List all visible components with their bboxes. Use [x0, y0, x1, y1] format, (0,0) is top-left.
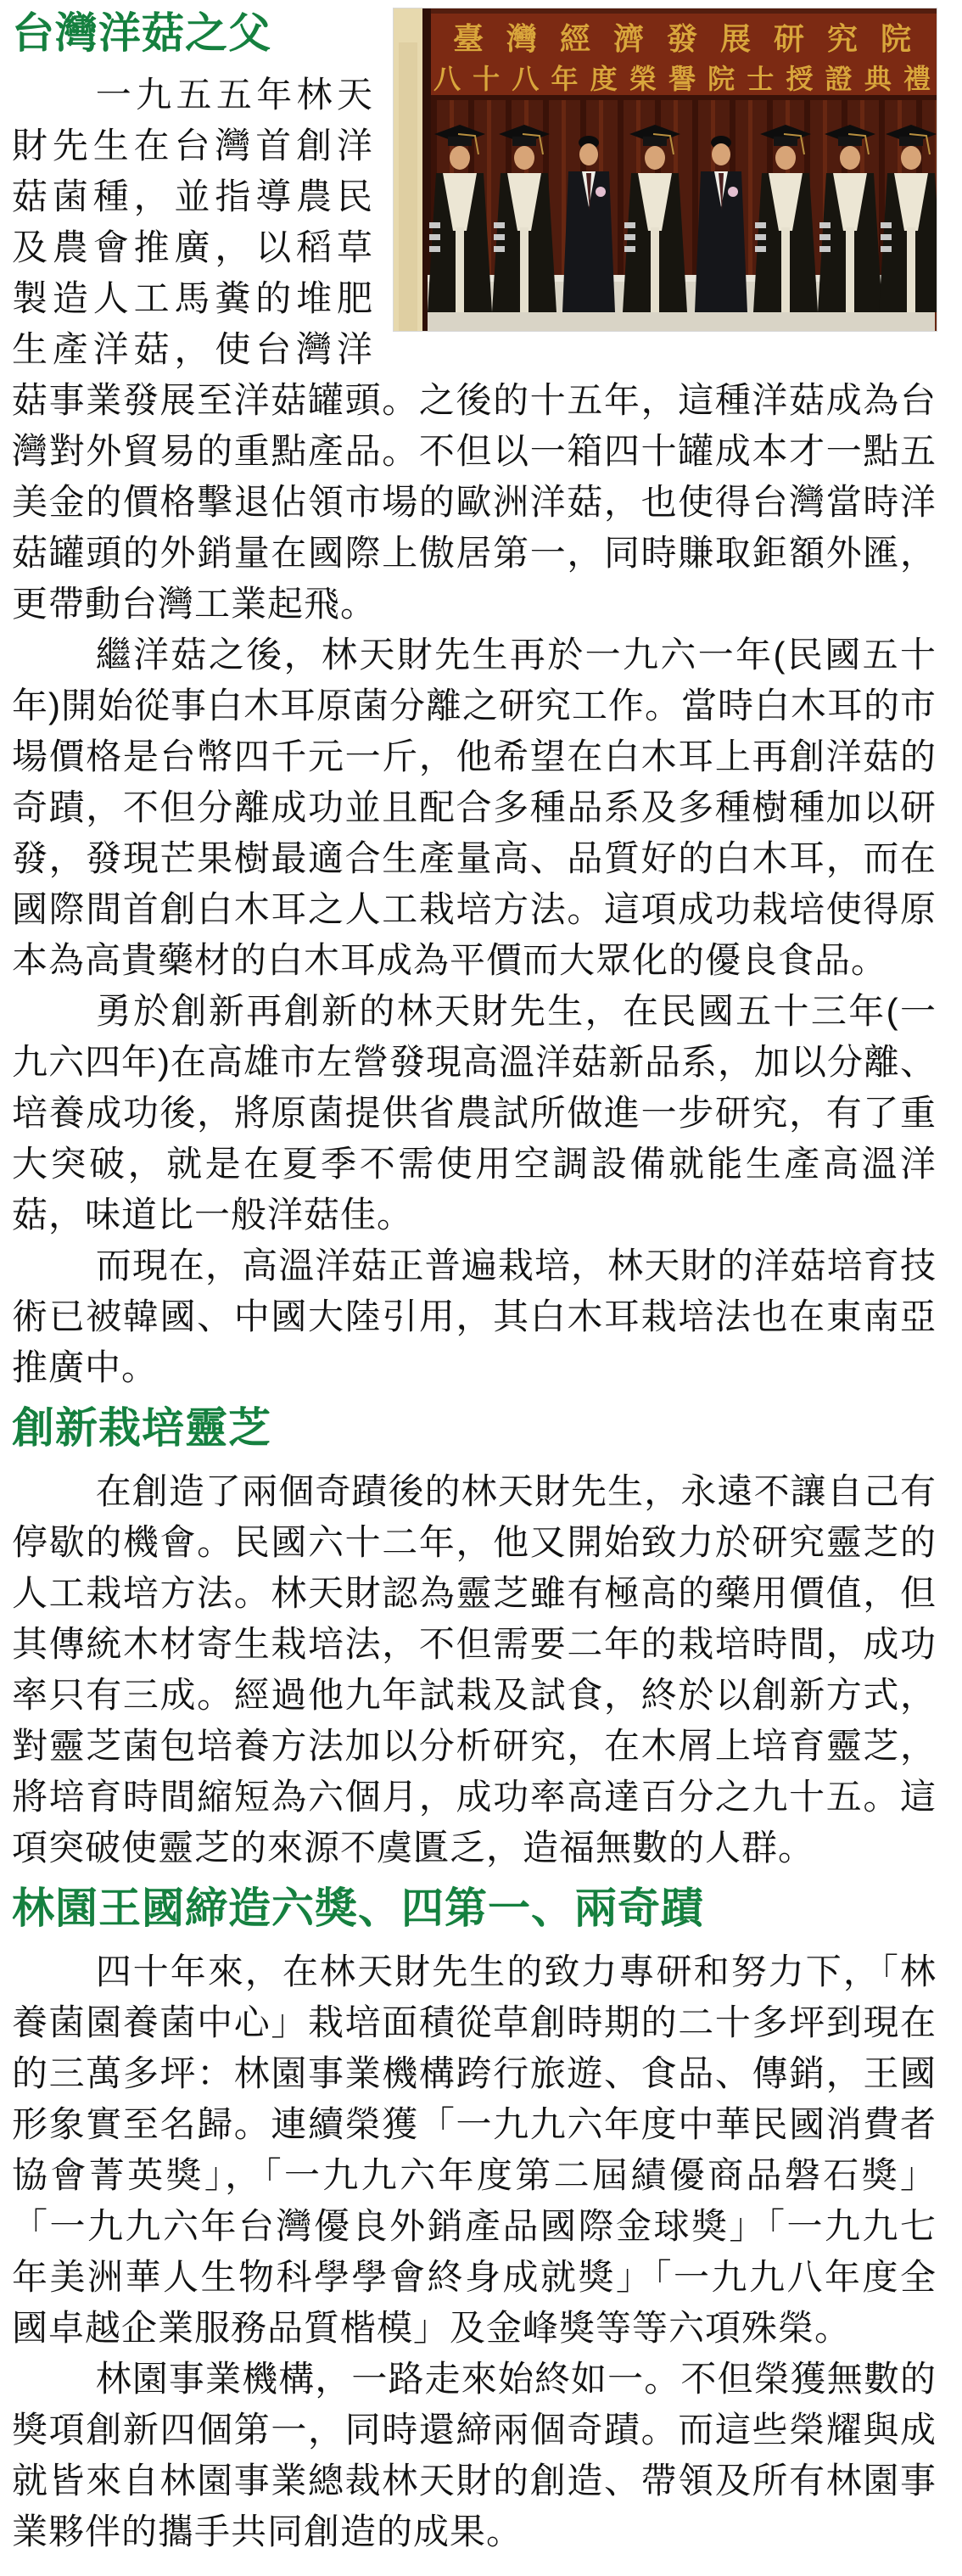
- section-linyuan-kingdom: 林園王國締造六獎、四第一、兩奇蹟 四十年來，在林天財先生的致力專研和努力下，「林…: [12, 1882, 937, 2557]
- paragraph-4: 而現在，高溫洋菇正普遍栽培，林天財的洋菇培育技術已被韓國、中國大陸引用，其白木耳…: [12, 1240, 937, 1393]
- paragraph-7: 林園事業機構，一路走來始終如一。不但榮獲無數的獎項創新四個第一，同時還締兩個奇蹟…: [12, 2354, 937, 2557]
- heading-lingzhi: 創新栽培靈芝: [12, 1402, 937, 1454]
- paragraph-2: 繼洋菇之後，林天財先生再於一九六一年(民國五十年)開始從事白木耳原菌分離之研究工…: [12, 630, 937, 986]
- paragraph-5: 在創造了兩個奇蹟後的林天財先生，永遠不讓自己有停歇的機會。民國六十二年，他又開始…: [12, 1466, 937, 1873]
- section-mushroom-father: 臺灣經濟發展研究院 八十八年度榮譽院士授證典禮 台灣洋菇之父 一九五五年林天財先…: [12, 7, 937, 1393]
- photo-banner-line1: 臺灣經濟發展研究院: [453, 21, 911, 56]
- ceremony-photo-illustration: 臺灣經濟發展研究院 八十八年度榮譽院士授證典禮: [394, 8, 937, 331]
- paragraph-3: 勇於創新再創新的林天財先生，在民國五十三年(一九六四年)在高雄市左營發現高溫洋菇…: [12, 986, 937, 1240]
- ceremony-photo: 臺灣經濟發展研究院 八十八年度榮譽院士授證典禮: [394, 8, 937, 331]
- document-page: 臺灣經濟發展研究院 八十八年度榮譽院士授證典禮 台灣洋菇之父 一九五五年林天財先…: [0, 0, 962, 2576]
- section-lingzhi: 創新栽培靈芝 在創造了兩個奇蹟後的林天財先生，永遠不讓自己有停歇的機會。民國六十…: [12, 1402, 937, 1873]
- heading-linyuan-kingdom: 林園王國締造六獎、四第一、兩奇蹟: [12, 1882, 937, 1935]
- paragraph-6: 四十年來，在林天財先生的致力專研和努力下，「林養菌園養菌中心」栽培面積從草創時期…: [12, 1946, 937, 2354]
